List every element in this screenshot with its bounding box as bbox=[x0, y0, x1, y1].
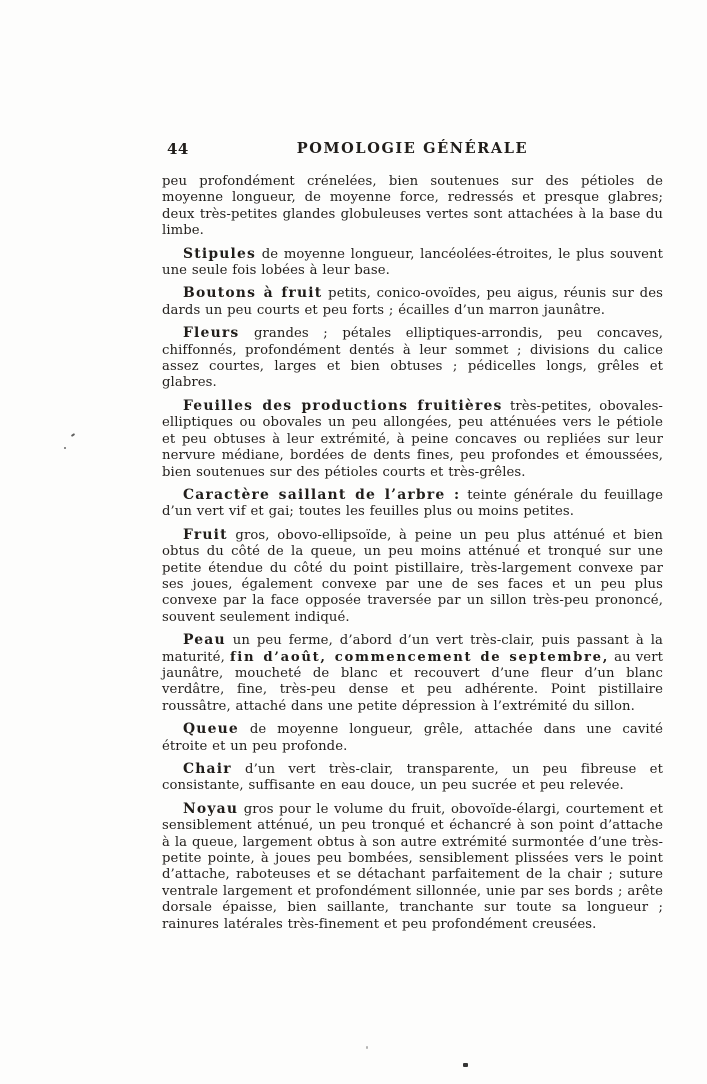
text-column: peu profondément crénelées, bien soutenu… bbox=[162, 174, 663, 939]
page-title: POMOLOGIE GÉNÉRALE bbox=[162, 140, 663, 157]
book-page-scan: 44 POMOLOGIE GÉNÉRALE peu profondément c… bbox=[0, 0, 707, 1084]
paragraph-lead: Fleurs bbox=[183, 325, 239, 341]
paragraph-chair: Chair d’un vert très-clair, transparente… bbox=[162, 761, 663, 795]
paragraph-fruit: Fruit gros, obovo-ellipsoïde, à peine un… bbox=[162, 527, 663, 626]
paragraph-text: peu profondément crénelées, bien soutenu… bbox=[162, 174, 663, 238]
paragraph-lead: Boutons à fruit bbox=[183, 285, 322, 301]
paragraph-noyau: Noyau gros pour le volume du fruit, obov… bbox=[162, 801, 663, 933]
paragraph-lead: Queue bbox=[183, 721, 239, 737]
paragraph-queue: Queue de moyenne longueur, grêle, attach… bbox=[162, 721, 663, 755]
paragraph-boutons-a-fruit: Boutons à fruit petits, conico-ovoïdes, … bbox=[162, 285, 663, 319]
paragraph-fleurs: Fleurs grandes ; pétales elliptiques-arr… bbox=[162, 325, 663, 392]
paragraph-feuilles: Feuilles des productions fruitières très… bbox=[162, 398, 663, 481]
paragraph-lead: Fruit bbox=[183, 527, 228, 543]
scan-speck bbox=[71, 433, 75, 437]
paragraph-lead: Noyau bbox=[183, 801, 238, 817]
paragraph-lead: Stipules bbox=[183, 246, 256, 262]
paragraph-text: d’un vert très-clair, transparente, un p… bbox=[162, 762, 663, 793]
paragraph-text: gros pour le volume du fruit, obovoïde-é… bbox=[162, 802, 663, 932]
scan-speck bbox=[64, 447, 66, 449]
paragraph-caractere-saillant: Caractère saillant de l’arbre : teinte g… bbox=[162, 487, 663, 521]
paragraph-continuation: peu profondément crénelées, bien soutenu… bbox=[162, 174, 663, 240]
scan-speck bbox=[366, 1046, 368, 1049]
paragraph-lead: Peau bbox=[183, 632, 226, 648]
running-head: 44 POMOLOGIE GÉNÉRALE bbox=[162, 140, 663, 162]
paragraph-lead: Caractère saillant de l’arbre : bbox=[183, 487, 460, 503]
paragraph-peau: Peau un peu ferme, d’abord d’un vert trè… bbox=[162, 632, 663, 715]
paragraph-lead: Chair bbox=[183, 761, 232, 777]
paragraph-emphasis: fin d’août, commencement de septembre, bbox=[230, 650, 609, 665]
paragraph-stipules: Stipules de moyenne longueur, lancéolées… bbox=[162, 246, 663, 280]
paragraph-lead: Feuilles des productions fruitières bbox=[183, 398, 503, 414]
paragraph-text: gros, obovo-ellipsoïde, à peine un peu p… bbox=[162, 528, 663, 625]
scan-speck bbox=[463, 1063, 468, 1067]
